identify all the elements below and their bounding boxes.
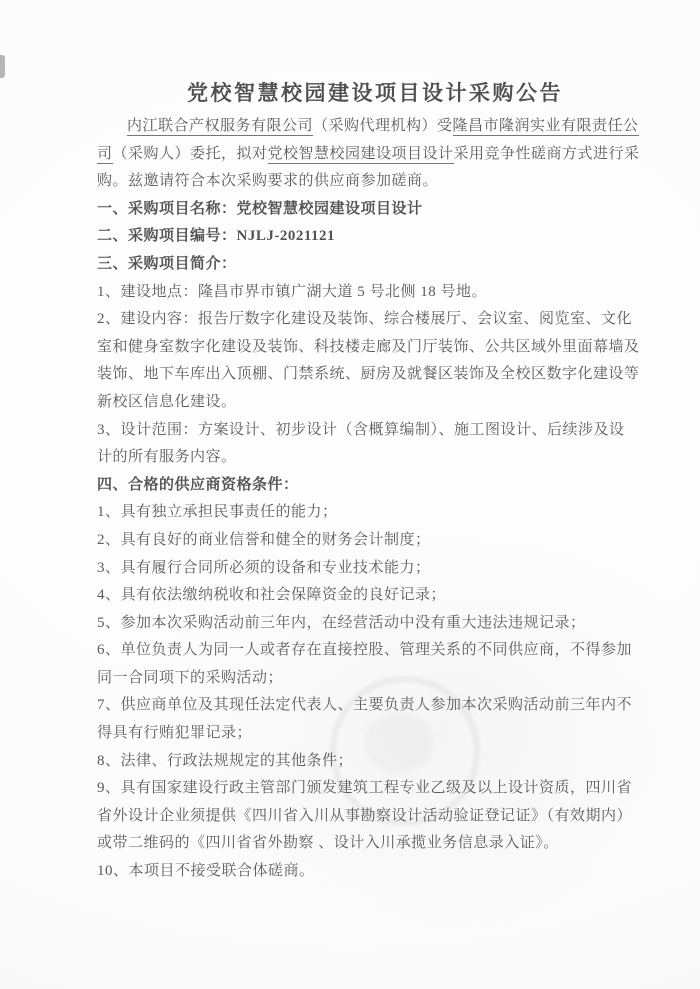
scanned-document-page: 党校智慧校园建设项目设计采购公告 内江联合产权服务有限公司（采购代理机构）受隆昌… bbox=[0, 0, 700, 989]
intro-paragraph: 内江联合产权服务有限公司（采购代理机构）受隆昌市隆润实业有限责任公司（采购人）委… bbox=[97, 113, 645, 196]
underlined-text: 内江联合产权服务有限公司 bbox=[127, 118, 313, 136]
body-line: 室和健身室数字化建设及装饰、科技楼走廊及门厅装饰、公共区域外里面幕墙及 bbox=[97, 334, 645, 362]
document-body: 内江联合产权服务有限公司（采购代理机构）受隆昌市隆润实业有限责任公司（采购人）委… bbox=[97, 113, 645, 886]
body-line: 同一合同项下的采购活动； bbox=[97, 665, 645, 693]
body-line: 6、单位负责人为同一人或者存在直接控股、管理关系的不同供应商，不得参加 bbox=[97, 637, 645, 665]
body-line: 7、供应商单位及其现任法定代表人、主要负责人参加本次采购活动前三年内不 bbox=[97, 692, 645, 720]
body-line: 2、具有良好的商业信誉和健全的财务会计制度； bbox=[97, 527, 645, 555]
text-segment: 购。兹邀请符合本次采购要求的供应商参加磋商。 bbox=[97, 173, 438, 189]
body-line: 3、设计范围：方案设计、初步设计（含概算编制）、施工图设计、后续涉及设 bbox=[97, 417, 645, 445]
section-heading-line: 四、合格的供应商资格条件： bbox=[97, 472, 645, 500]
body-line: 计的所有服务内容。 bbox=[97, 444, 645, 472]
body-line: 2、建设内容：报告厅数字化建设及装饰、综合楼展厅、会议室、阅览室、文化 bbox=[97, 306, 645, 334]
body-line: 4、具有依法缴纳税收和社会保障资金的良好记录； bbox=[97, 582, 645, 610]
intro-line: 司（采购人）委托，拟对党校智慧校园建设项目设计采用竞争性磋商方式进行采 bbox=[97, 141, 645, 169]
body-line: 省外设计企业须提供《四川省入川从事勘察设计活动验证登记证》（有效期内） bbox=[97, 803, 645, 831]
underlined-text: 党校智慧校园建设项目设计 bbox=[268, 146, 454, 164]
section-heading-line: 一、采购项目名称：党校智慧校园建设项目设计 bbox=[97, 196, 645, 224]
intro-line: 购。兹邀请符合本次采购要求的供应商参加磋商。 bbox=[97, 168, 645, 196]
body-line: 8、法律、行政法规规定的其他条件； bbox=[97, 748, 645, 776]
text-segment: （采购代理机构）受 bbox=[313, 118, 453, 134]
body-line: 或带二维码的《四川省省外勘察 、设计入川承揽业务信息录入证》。 bbox=[97, 830, 645, 858]
body-line: 得具有行贿犯罪记录； bbox=[97, 720, 645, 748]
body-line: 1、具有独立承担民事责任的能力； bbox=[97, 499, 645, 527]
underlined-text: 司 bbox=[97, 146, 113, 164]
body-paragraphs: 一、采购项目名称：党校智慧校园建设项目设计二、采购项目编号：NJLJ-20211… bbox=[97, 196, 645, 886]
text-segment: （采购人）委托，拟对 bbox=[113, 146, 268, 162]
body-line: 新校区信息化建设。 bbox=[97, 389, 645, 417]
body-line: 5、参加本次采购活动前三年内，在经营活动中没有重大违法违规记录； bbox=[97, 610, 645, 638]
document-title: 党校智慧校园建设项目设计采购公告 bbox=[55, 78, 695, 108]
body-line: 10、本项目不接受联合体磋商。 bbox=[97, 858, 645, 886]
section-heading-line: 二、采购项目编号：NJLJ-2021121 bbox=[97, 223, 645, 251]
body-line: 9、具有国家建设行政主管部门颁发建筑工程专业乙级及以上设计资质，四川省 bbox=[97, 775, 645, 803]
body-line: 装饰、地下车库出入顶棚、门禁系统、厨房及就餐区装饰及全校区数字化建设等 bbox=[97, 361, 645, 389]
intro-line: 内江联合产权服务有限公司（采购代理机构）受隆昌市隆润实业有限责任公 bbox=[97, 113, 645, 141]
body-line: 3、具有履行合同所必须的设备和专业技术能力； bbox=[97, 555, 645, 583]
body-line: 1、建设地点：隆昌市界市镇广湖大道 5 号北侧 18 号地。 bbox=[97, 279, 645, 307]
text-segment: 采用竞争性磋商方式进行采 bbox=[454, 146, 640, 162]
section-heading-line: 三、采购项目简介： bbox=[97, 251, 645, 279]
underlined-text: 隆昌市隆润实业有限责任公 bbox=[453, 118, 639, 136]
scan-edge-artifact bbox=[0, 55, 5, 78]
